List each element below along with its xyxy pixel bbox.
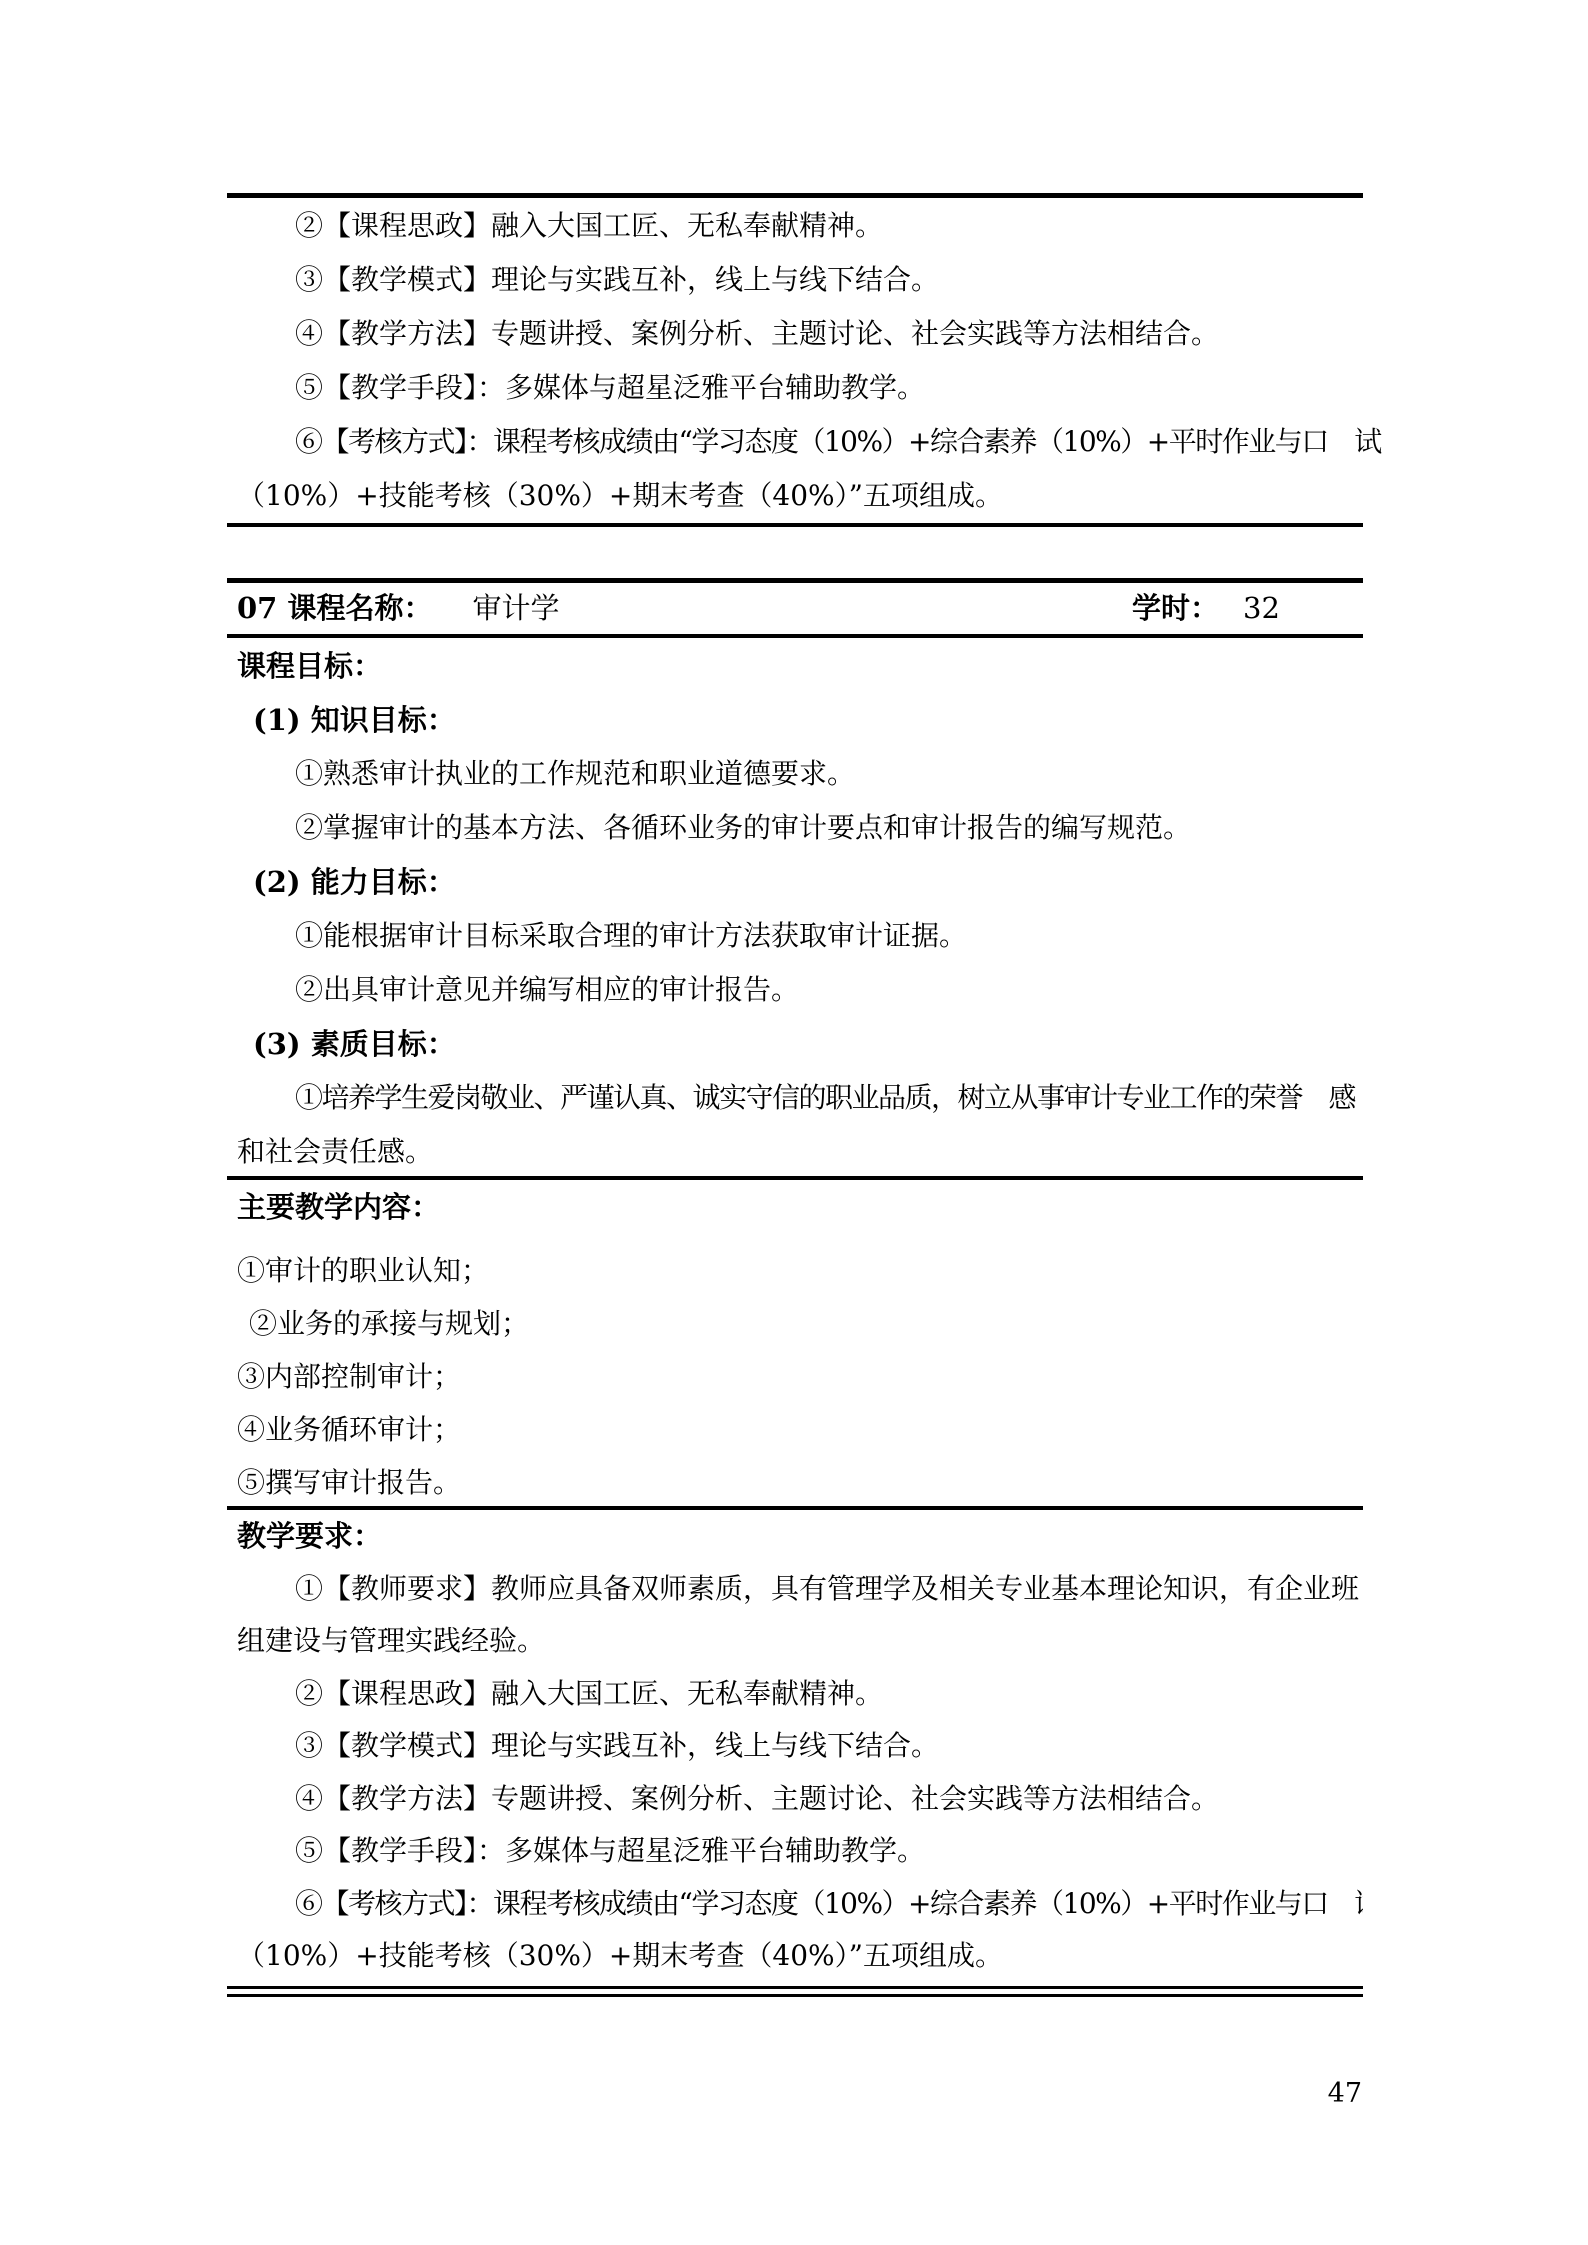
teaching-requirement-item-1-line1: ①【教师要求】教师应具备双师素质，具有管理学及相关专业基本理论知识，有企业班: [237, 1563, 1353, 1616]
teaching-content-item: ⑤撰写审计报告。: [237, 1456, 1353, 1509]
quality-objectives-title: (3) 素质目标：: [237, 1017, 1353, 1071]
requirement-item-3: ③【教学模式】理论与实践互补，线上与线下结合。: [237, 253, 1353, 307]
teaching-requirement-item-2: ②【课程思政】融入大国工匠、无私奉献精神。: [237, 1668, 1353, 1721]
course-hours-label: 学时：: [1132, 591, 1219, 625]
knowledge-objectives-title: (1) 知识目标：: [237, 693, 1353, 747]
knowledge-objective-item: ②掌握审计的基本方法、各循环业务的审计要点和审计报告的编写规范。: [237, 801, 1353, 855]
quality-objective-item-line2: 和社会责任感。: [237, 1125, 1353, 1179]
section-previous-course-requirements: ②【课程思政】融入大国工匠、无私奉献精神。 ③【教学模式】理论与实践互补，线上与…: [227, 193, 1363, 527]
section-teaching-content: 主要教学内容： ①审计的职业认知； ②业务的承接与规划； ③内部控制审计； ④业…: [227, 1180, 1363, 1510]
section-teaching-requirements: 教学要求： ①【教师要求】教师应具备双师素质，具有管理学及相关专业基本理论知识，…: [227, 1510, 1363, 1985]
requirement-item-6-line2: （10%）+技能考核（30%）+期末考查（40%）”五项组成。: [237, 469, 1353, 523]
course-name-label: 07 课程名称：: [237, 591, 432, 625]
teaching-requirement-item-6-line2: （10%）+技能考核（30%）+期末考查（40%）”五项组成。: [237, 1930, 1353, 1983]
section-course-objectives: 课程目标： (1) 知识目标： ①熟悉审计执业的工作规范和职业道德要求。 ②掌握…: [227, 638, 1363, 1180]
requirement-item-2: ②【课程思政】融入大国工匠、无私奉献精神。: [237, 199, 1353, 253]
quality-objective-item-line1: ①培养学生爱岗敬业、严谨认真、诚实守信的职业品质，树立从事审计专业工作的荣誉 感: [237, 1071, 1353, 1125]
teaching-requirement-item-3: ③【教学模式】理论与实践互补，线上与线下结合。: [237, 1720, 1353, 1773]
ability-objective-item: ②出具审计意见并编写相应的审计报告。: [237, 963, 1353, 1017]
teaching-requirements-title: 教学要求：: [237, 1510, 1353, 1563]
course-07-table: 07 课程名称：审计学 学时：32 课程目标： (1) 知识目标： ①熟悉审计执…: [227, 578, 1363, 1985]
teaching-content-item: ④业务循环审计；: [237, 1403, 1353, 1456]
ability-objective-item: ①能根据审计目标采取合理的审计方法获取审计证据。: [237, 909, 1353, 963]
table-bottom-double-rule: [227, 1986, 1363, 1997]
teaching-requirement-item-5: ⑤【教学手段】：多媒体与超星泛雅平台辅助教学。: [237, 1825, 1353, 1878]
teaching-content-item: ②业务的承接与规划；: [237, 1297, 1353, 1350]
requirement-item-6-line1: ⑥【考核方式】：课程考核成绩由“学习态度（10%）+综合素养（10%）+平时作业…: [237, 415, 1353, 469]
teaching-content-title: 主要教学内容：: [237, 1180, 1353, 1234]
teaching-content-item: ③内部控制审计；: [237, 1350, 1353, 1403]
requirement-item-5: ⑤【教学手段】：多媒体与超星泛雅平台辅助教学。: [237, 361, 1353, 415]
teaching-requirement-item-4: ④【教学方法】专题讲授、案例分析、主题讨论、社会实践等方法相结合。: [237, 1773, 1353, 1826]
spacer: [237, 1234, 1353, 1244]
teaching-requirement-item-6-line1: ⑥【考核方式】：课程考核成绩由“学习态度（10%）+综合素养（10%）+平时作业…: [237, 1878, 1353, 1931]
knowledge-objective-item: ①熟悉审计执业的工作规范和职业道德要求。: [237, 747, 1353, 801]
course-hours: 学时：32: [1132, 583, 1280, 634]
objectives-title: 课程目标：: [237, 639, 1353, 693]
document-page: ②【课程思政】融入大国工匠、无私奉献精神。 ③【教学模式】理论与实践互补，线上与…: [0, 0, 1588, 2245]
teaching-content-item: ①审计的职业认知；: [237, 1244, 1353, 1297]
ability-objectives-title: (2) 能力目标：: [237, 855, 1353, 909]
page-number: 47: [1328, 2076, 1362, 2112]
requirement-item-4: ④【教学方法】专题讲授、案例分析、主题讨论、社会实践等方法相结合。: [237, 307, 1353, 361]
course-header-row: 07 课程名称：审计学 学时：32: [227, 583, 1363, 638]
course-hours-value: 32: [1243, 591, 1280, 625]
course-name-value: 审计学: [472, 591, 559, 625]
teaching-requirement-item-1-line2: 组建设与管理实践经验。: [237, 1615, 1353, 1668]
